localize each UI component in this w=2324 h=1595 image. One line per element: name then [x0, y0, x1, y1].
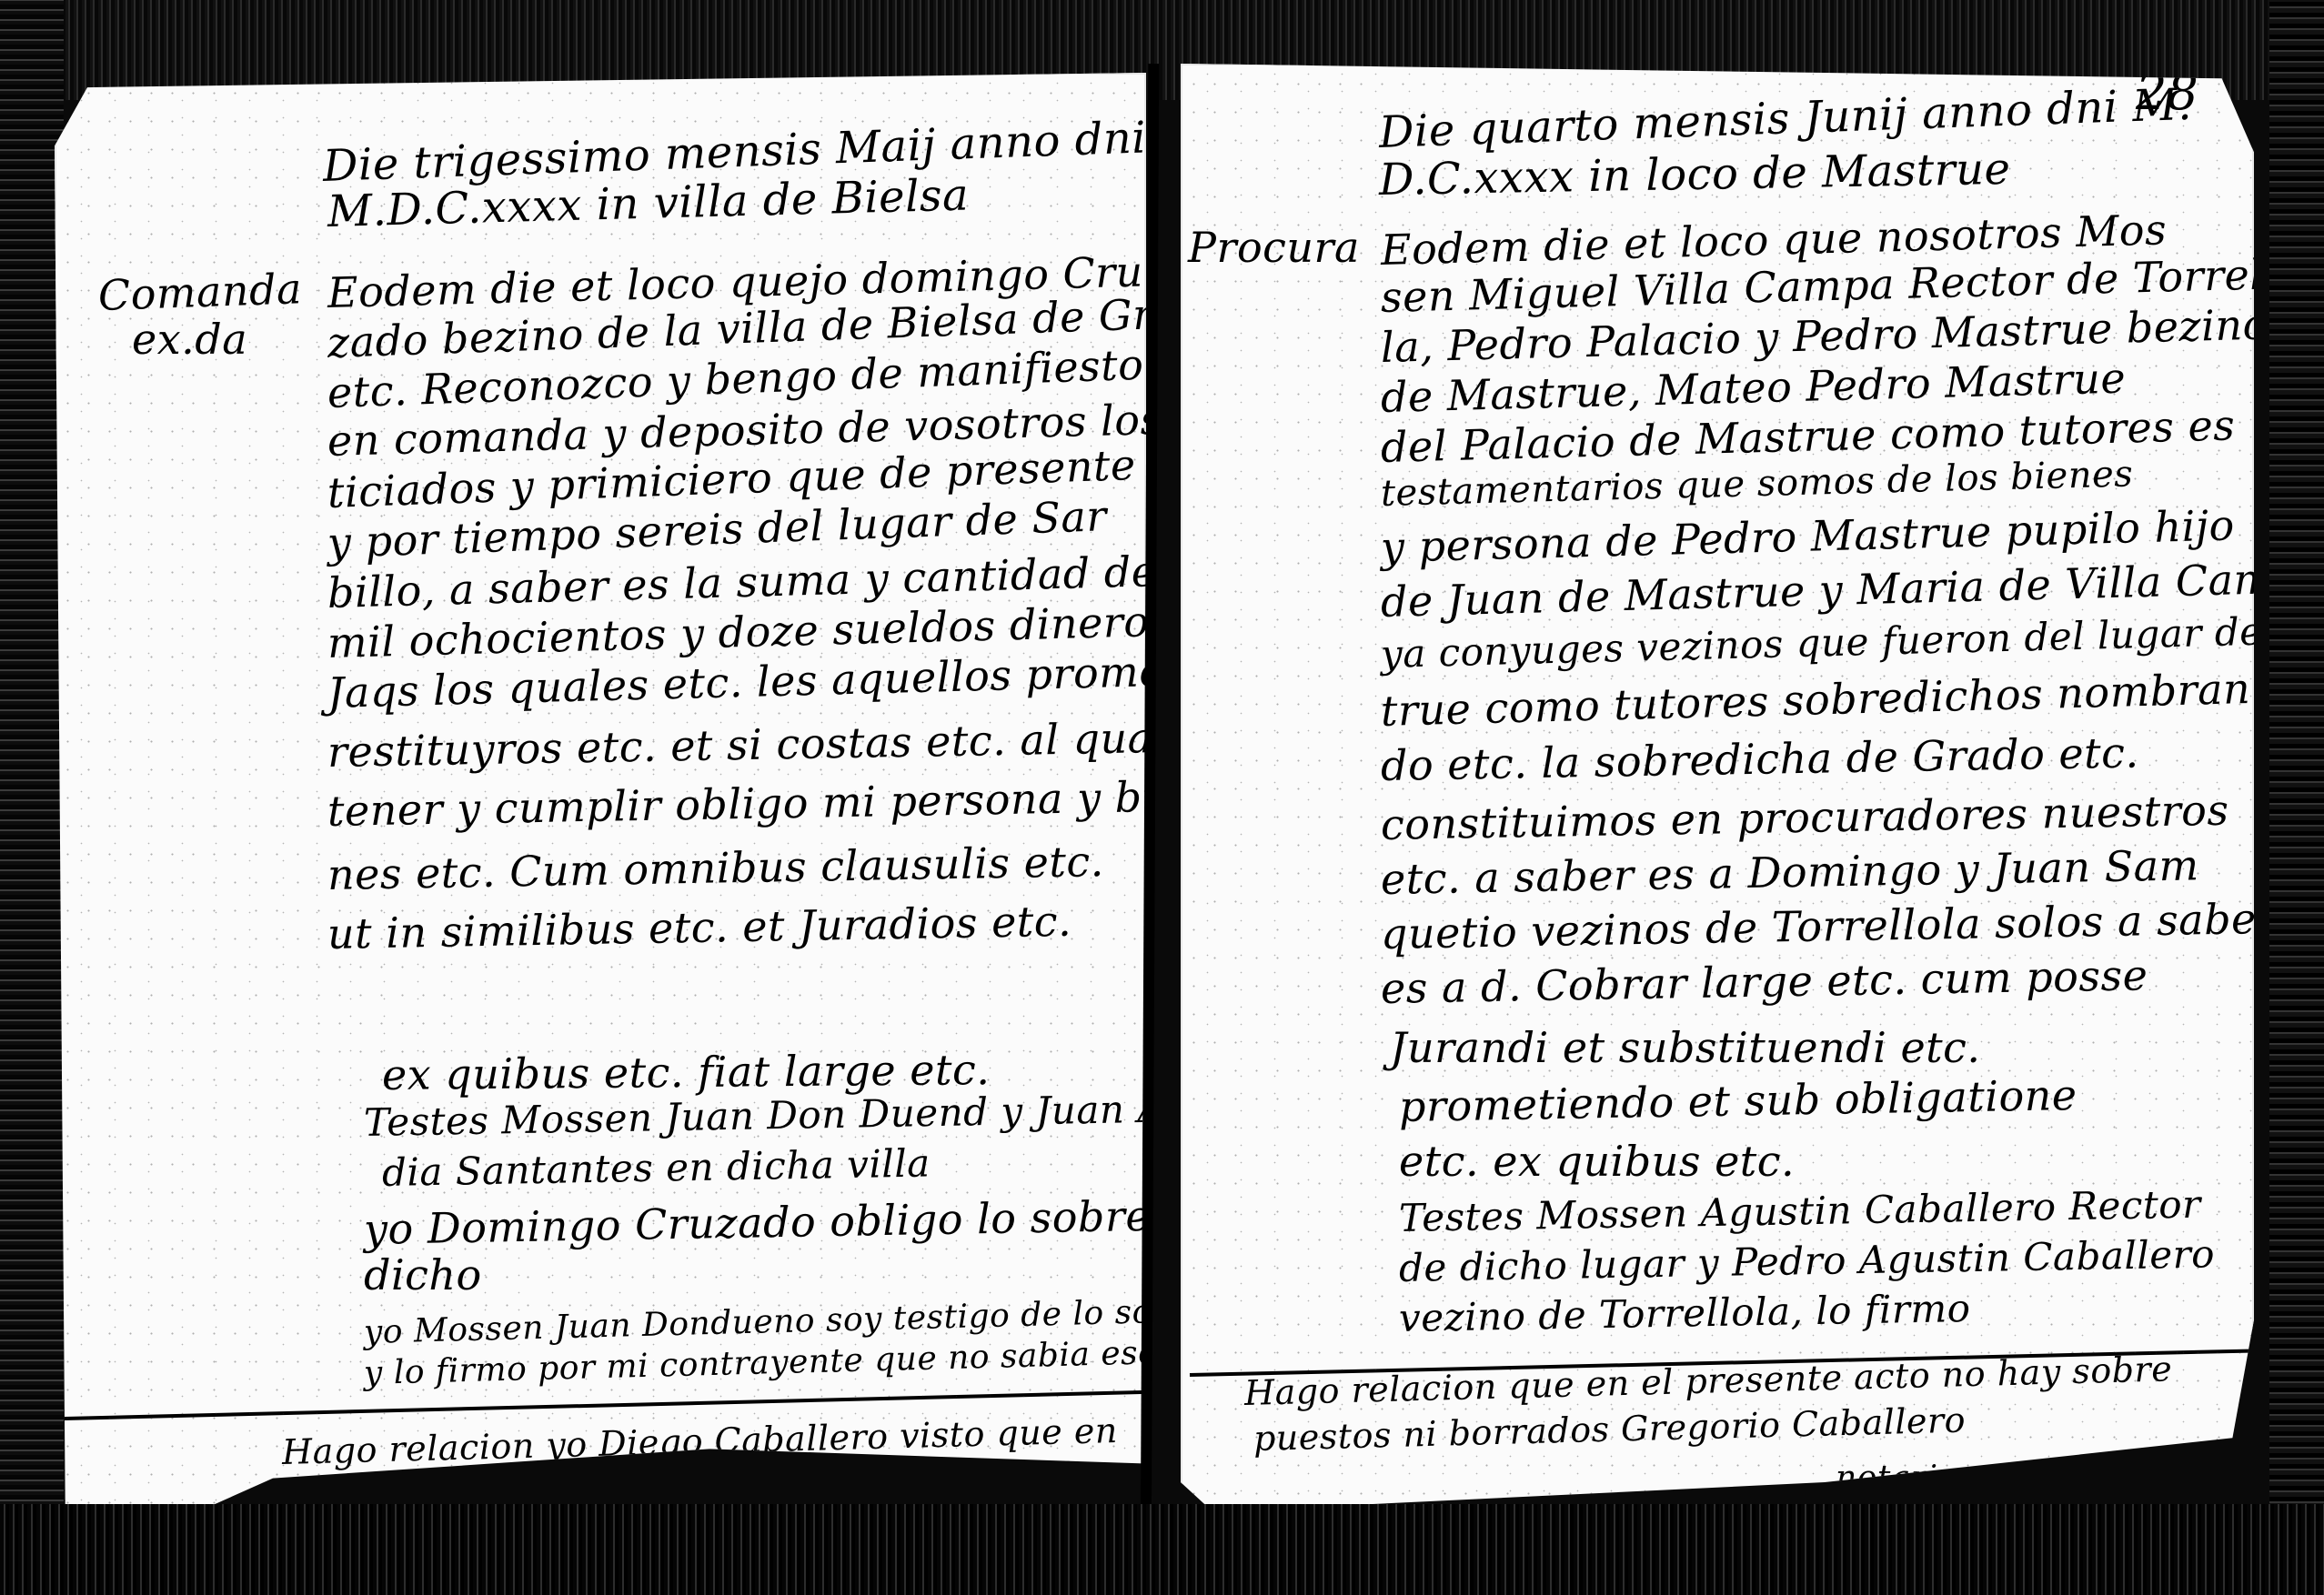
heading-line-2: D.C.xxxx in loco de Mastrue — [1379, 144, 2011, 206]
signature-line: dicho — [364, 1250, 482, 1299]
body-line: tener y cumplir obligo mi persona y bie — [327, 772, 1182, 836]
scan-border-bottom — [0, 1504, 2324, 1595]
heading-line-1: Die quarto mensis Junij anno dni M. — [1378, 79, 2193, 158]
scan-border-right — [2269, 0, 2324, 1595]
witness-line: Testes Mossen Agustin Caballero Rector — [1399, 1182, 2201, 1240]
body-line: nes etc. Cum omnibus clausulis etc. — [327, 837, 1105, 899]
scan-border-left — [0, 0, 64, 1595]
body-line: do etc. la sobredicha de Grado etc. — [1381, 727, 2139, 790]
body-line: Jurandi et substituendi etc. — [1390, 1023, 1981, 1072]
right-page: 28 Die quarto mensis Junij anno dni M. D… — [1181, 64, 2254, 1541]
body-line: etc. a saber es a Domingo y Juan Sam — [1381, 840, 2200, 904]
body-line: true como tutores sobredichos nombran — [1380, 664, 2251, 736]
witness-line: vezino de Torrellola, lo firmo — [1399, 1286, 1971, 1340]
body-line: prometiendo et sub obligatione — [1399, 1070, 2078, 1131]
closing-note-line: Hago relacion yo Diego Caballero visto q… — [281, 1410, 1118, 1472]
body-line: etc. ex quibus etc. — [1399, 1137, 1795, 1186]
marginal-note-comanda: Comanda — [97, 264, 303, 320]
marginal-note-procura: Procura — [1188, 223, 1360, 272]
body-line: quetio vezinos de Torrellola solos a sab… — [1381, 894, 2278, 958]
body-line: es a d. Cobrar large etc. cum posse — [1381, 950, 2148, 1013]
witness-line: dia Santantes en dicha villa — [382, 1140, 931, 1195]
left-page: Comanda ex.da Die trigessimo mensis Maij… — [55, 73, 1146, 1537]
signature-line: yo Domingo Cruzado obligo lo sobre — [364, 1191, 1152, 1254]
body-line: restituyros etc. et si costas etc. al qu… — [327, 713, 1168, 777]
body-line: constituimos en procuradores nuestros — [1381, 786, 2229, 849]
witness-line: de dicho lugar y Pedro Agustin Caballero — [1399, 1231, 2216, 1290]
closing-note-line: Hago relacion que en el presente acto no… — [1243, 1349, 2172, 1413]
closing-note-line: notario — [1836, 1460, 1958, 1497]
body-line: ut in similibus etc. et Juradios etc. — [327, 897, 1072, 958]
marginal-note-extracted: ex.da — [132, 315, 247, 364]
